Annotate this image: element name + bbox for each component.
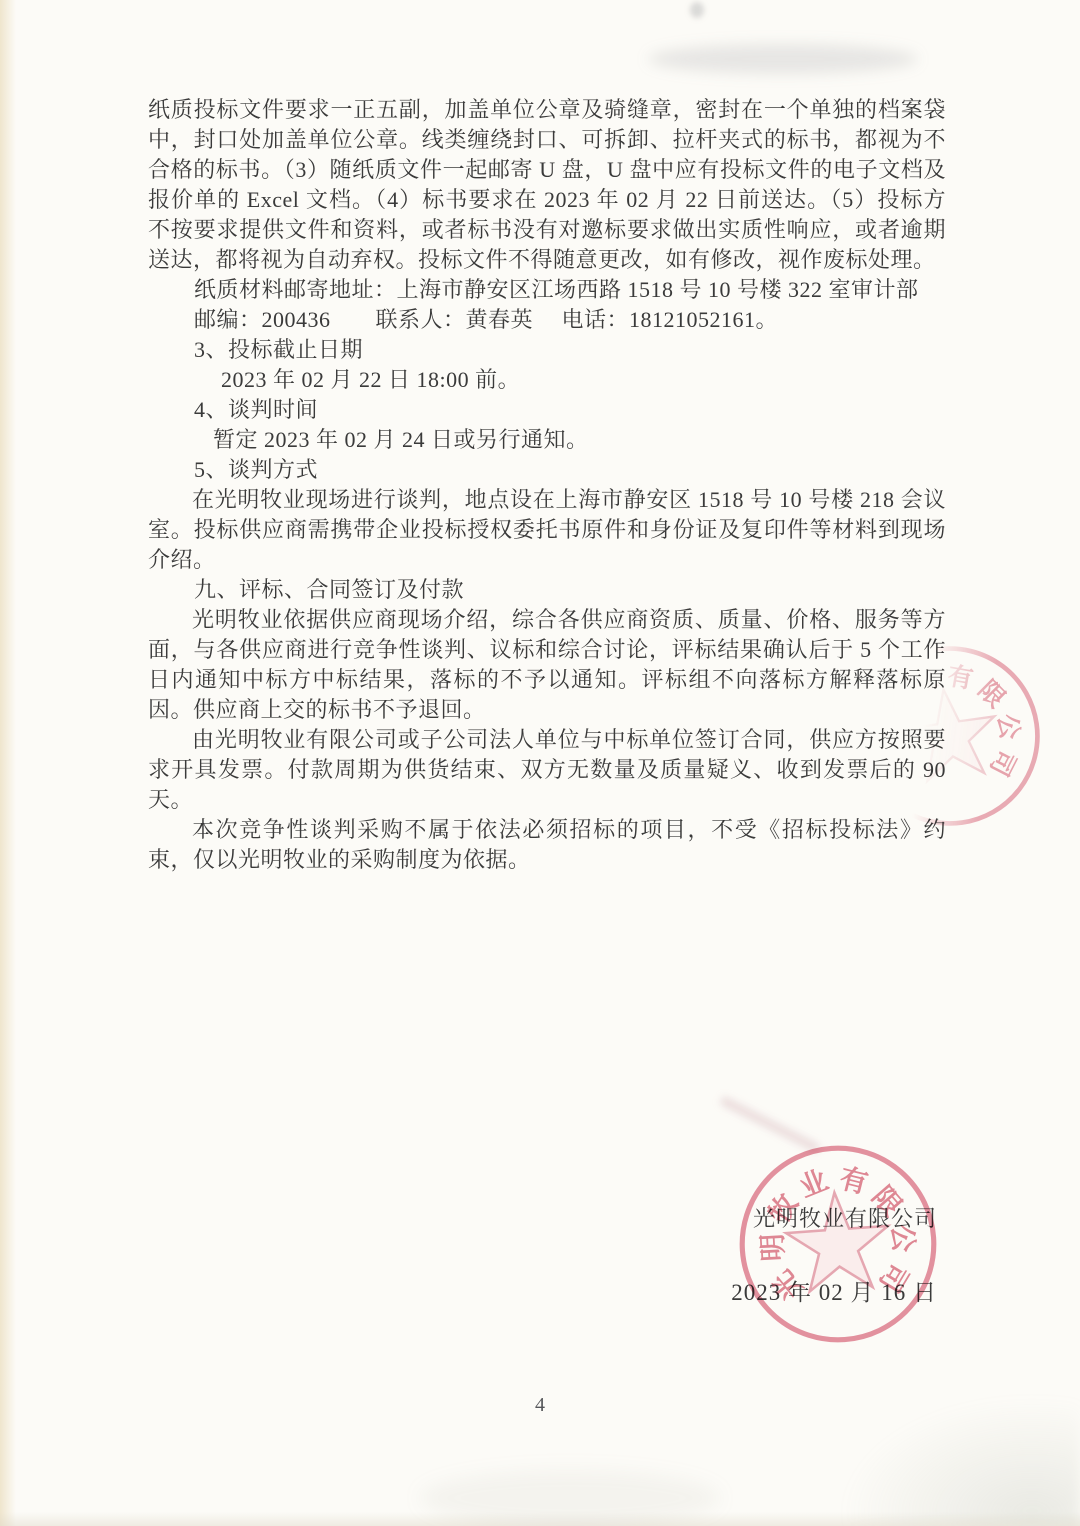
- partial-company-seal: 光 明 牧 业 有 限 公 司: [844, 630, 1056, 842]
- evaluation-paragraph: 光明牧业依据供应商现场介绍，综合各供应商资质、质量、价格、服务等方面，与各供应商…: [148, 605, 946, 725]
- seal-char: 牧: [880, 689, 917, 725]
- postal-contact-line: 邮编：200436 联系人：黄春英 电话：18121052161。: [148, 305, 946, 335]
- scan-smudge: [648, 44, 918, 74]
- legal-basis-paragraph: 本次竞争性谈判采购不属于依法必须招标的项目，不受《招标投标法》约束，仅以光明牧业…: [148, 815, 946, 875]
- paragraph-bid-document-requirements: 纸质投标文件要求一正五副，加盖单位公章及骑缝章，密封在一个单独的档案袋中，封口处…: [148, 95, 946, 275]
- scan-smudge: [690, 2, 704, 18]
- seal-char: 牧: [764, 1189, 805, 1229]
- negotiation-time-line: 暂定 2023 年 02 月 24 日或另行通知。: [148, 425, 946, 455]
- company-seal: 光 明 牧 业 有 限 公 司: [728, 1134, 948, 1354]
- negotiation-method-paragraph: 在光明牧业现场进行谈判，地点设在上海市静安区 1518 号 10 号楼 218 …: [148, 485, 946, 575]
- seal-char: 公: [885, 1223, 918, 1254]
- seal-char: 司: [873, 1257, 914, 1297]
- document-content: 纸质投标文件要求一正五副，加盖单位公章及骑缝章，密封在一个单独的档案袋中，封口处…: [148, 95, 946, 875]
- seal-char: 业: [907, 665, 943, 702]
- seal-char: 明: [758, 1233, 790, 1262]
- company-seal-graphic: 光 明 牧 业 有 限 公 司: [728, 1134, 948, 1354]
- document-page: 纸质投标文件要求一正五副，加盖单位公章及骑缝章，密封在一个单独的档案袋中，封口处…: [0, 0, 1080, 1526]
- section-4-heading: 4、谈判时间: [148, 395, 946, 425]
- seal-char: 公: [992, 712, 1024, 742]
- section-3-heading: 3、投标截止日期: [148, 335, 946, 365]
- seal-char: 有: [945, 662, 975, 694]
- scan-shading: [420, 1470, 720, 1526]
- seal-char: 明: [876, 729, 907, 758]
- seal-char: 限: [866, 1181, 908, 1222]
- bid-deadline-line: 2023 年 02 月 22 日 18:00 前。: [148, 365, 946, 395]
- seal-char: 司: [984, 745, 1020, 780]
- partial-company-seal-graphic: 光 明 牧 业 有 限 公 司: [844, 630, 1056, 842]
- seal-char: 限: [973, 676, 1011, 714]
- seal-char: 光: [767, 1264, 809, 1305]
- section-9-heading: 九、评标、合同签订及付款: [148, 575, 946, 605]
- page-number: 4: [0, 1394, 1080, 1417]
- seal-char: 有: [836, 1162, 871, 1200]
- section-5-heading: 5、谈判方式: [148, 455, 946, 485]
- contract-payment-paragraph: 由光明牧业有限公司或子公司法人单位与中标单位签订合同，供应方按照要求开具发票。付…: [148, 725, 946, 815]
- seal-char: 业: [795, 1165, 833, 1204]
- mailing-address-line: 纸质材料邮寄地址：上海市静安区江场西路 1518 号 10 号楼 322 室审计…: [148, 275, 946, 305]
- seal-char: 光: [888, 757, 926, 795]
- page-left-edge-shading: [0, 0, 16, 1526]
